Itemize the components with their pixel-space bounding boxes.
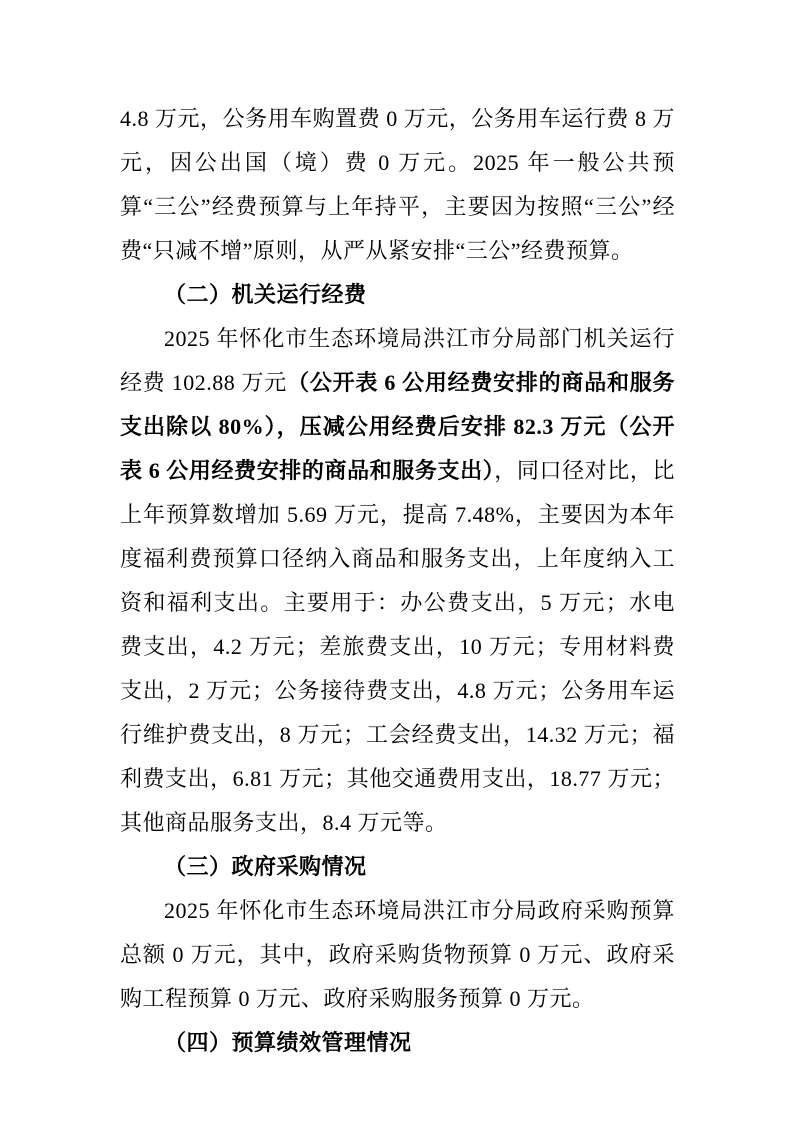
text-run: （四）预算绩效管理情况 xyxy=(164,1030,412,1055)
text-run: ，同口径对比，比上年预算数增加 5.69 万元，提高 7.48%，主要因为本年度… xyxy=(120,458,675,835)
text-run: （二）机关运行经费 xyxy=(164,282,367,307)
document-page: 4.8 万元，公务用车购置费 0 万元，公务用车运行费 8 万元，因公出国（境）… xyxy=(0,0,793,1122)
section-heading: （三）政府采购情况 xyxy=(120,845,675,889)
document-body: 4.8 万元，公务用车购置费 0 万元，公务用车运行费 8 万元，因公出国（境）… xyxy=(120,97,675,1065)
paragraph: 4.8 万元，公务用车购置费 0 万元，公务用车运行费 8 万元，因公出国（境）… xyxy=(120,97,675,273)
text-run: 2025 年怀化市生态环境局洪江市分局政府采购预算总额 0 万元，其中，政府采购… xyxy=(120,898,675,1011)
text-run: 4.8 万元，公务用车购置费 0 万元，公务用车运行费 8 万元，因公出国（境）… xyxy=(120,106,675,263)
section-heading: （四）预算绩效管理情况 xyxy=(120,1021,675,1065)
paragraph: 2025 年怀化市生态环境局洪江市分局政府采购预算总额 0 万元，其中，政府采购… xyxy=(120,889,675,1021)
text-run: （三）政府采购情况 xyxy=(164,854,367,879)
section-heading: （二）机关运行经费 xyxy=(120,273,675,317)
paragraph: 2025 年怀化市生态环境局洪江市分局部门机关运行经费 102.88 万元（公开… xyxy=(120,317,675,845)
